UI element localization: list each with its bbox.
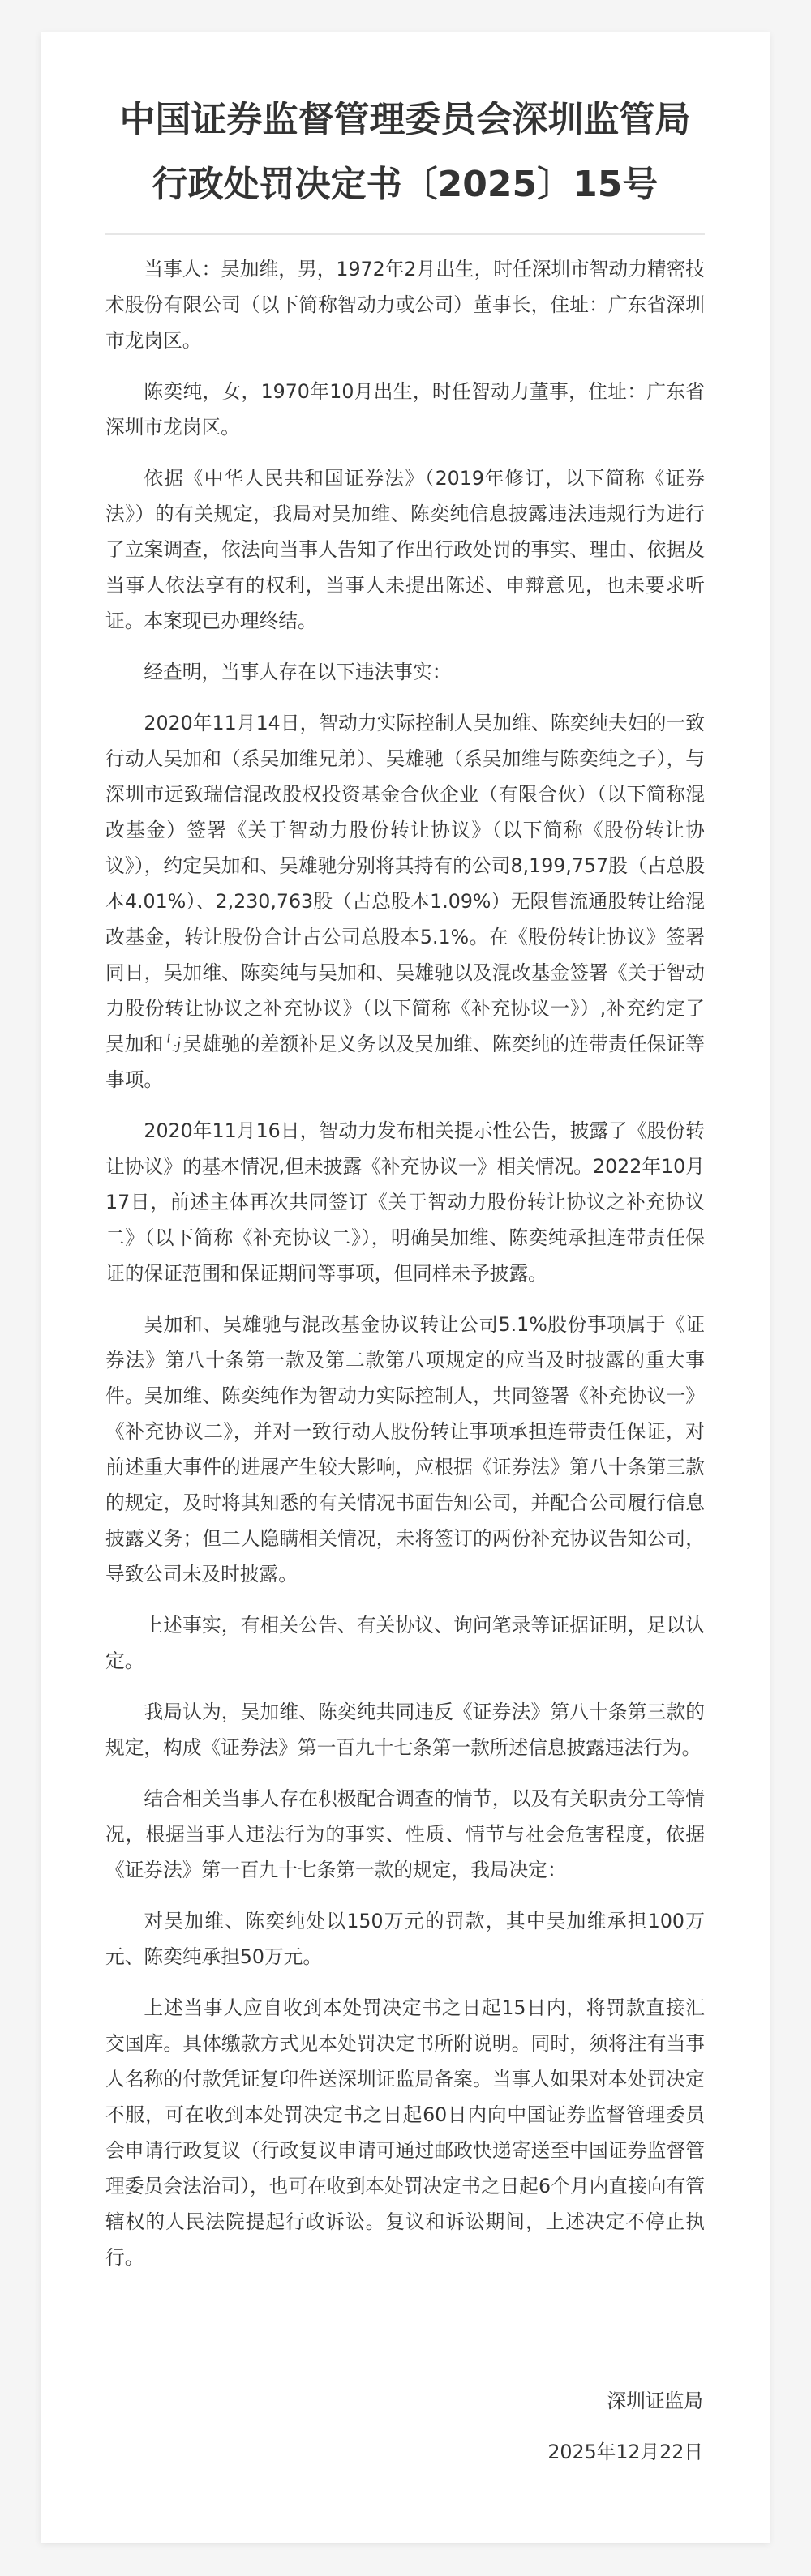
title-line-2: 行政处罚决定书〔2025〕15号: [105, 152, 705, 217]
paragraph-conclusion: 我局认为，吴加维、陈奕纯共同违反《证券法》第八十条第三款的规定，构成《证券法》第…: [105, 1694, 705, 1765]
paragraph-legal-basis: 依据《中华人民共和国证券法》（2019年修订，以下简称《证券法》）的有关规定，我…: [105, 460, 705, 639]
document-body: 当事人：吴加维，男，1972年2月出生，时任深圳市智动力精密技术股份有限公司（以…: [105, 251, 705, 2275]
paragraph-penalty: 对吴加维、陈奕纯处以150万元的罚款，其中吴加维承担100万元、陈奕纯承担50万…: [105, 1903, 705, 1975]
document-title: 中国证券监督管理委员会深圳监管局 行政处罚决定书〔2025〕15号: [105, 32, 705, 217]
title-line-1: 中国证券监督管理委员会深圳监管局: [105, 88, 705, 152]
title-divider: [105, 233, 705, 235]
paragraph-party-1: 当事人：吴加维，男，1972年2月出生，时任深圳市智动力精密技术股份有限公司（以…: [105, 251, 705, 358]
paragraph-party-2: 陈奕纯，女，1970年10月出生，时任智动力董事，住址：广东省深圳市龙岗区。: [105, 374, 705, 445]
paragraph-fact-3: 吴加和、吴雄驰与混改基金协议转让公司5.1%股份事项属于《证券法》第八十条第一款…: [105, 1307, 705, 1592]
paragraph-findings-intro: 经查明，当事人存在以下违法事实：: [105, 654, 705, 690]
signature-organization: 深圳证监局: [607, 2383, 703, 2419]
paragraph-decision-basis: 结合相关当事人存在积极配合调查的情节，以及有关职责分工等情况，根据当事人违法行为…: [105, 1781, 705, 1888]
paragraph-payment-and-appeal: 上述当事人应自收到本处罚决定书之日起15日内，将罚款直接汇交国库。具体缴款方式见…: [105, 1990, 705, 2275]
document-card: 中国证券监督管理委员会深圳监管局 行政处罚决定书〔2025〕15号 当事人：吴加…: [41, 32, 770, 2543]
paragraph-fact-2: 2020年11月16日，智动力发布相关提示性公告，披露了《股份转让协议》的基本情…: [105, 1113, 705, 1291]
signature-date: 2025年12月22日: [547, 2434, 703, 2470]
paragraph-fact-1: 2020年11月14日，智动力实际控制人吴加维、陈奕纯夫妇的一致行动人吴加和（系…: [105, 705, 705, 1098]
paragraph-evidence: 上述事实，有相关公告、有关协议、询问笔录等证据证明，足以认定。: [105, 1607, 705, 1679]
